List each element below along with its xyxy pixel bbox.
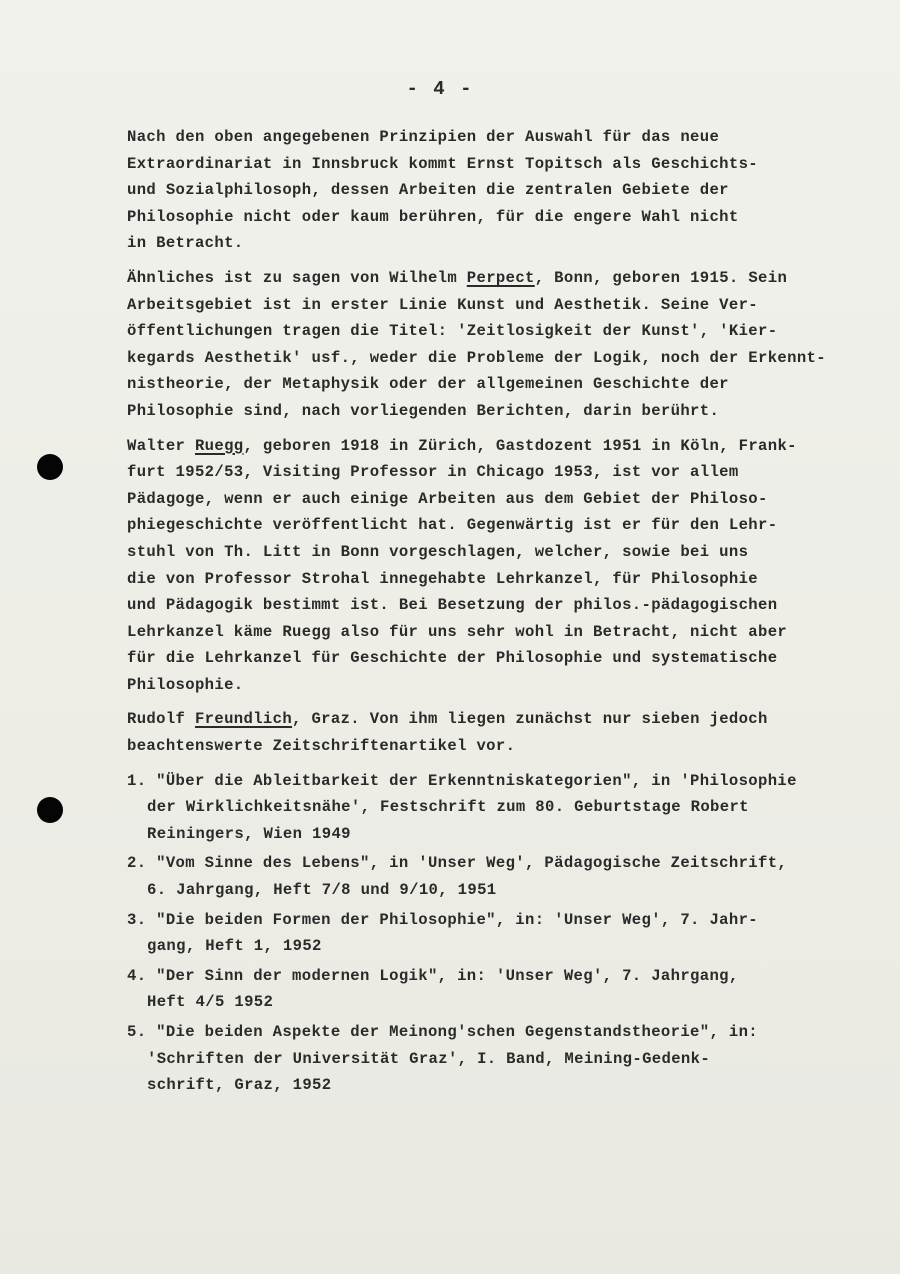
text-line: Philosophie. — [127, 672, 887, 699]
text-line: nistheorie, der Metaphysik oder der allg… — [127, 371, 887, 398]
text-line: beachtenswerte Zeitschriftenartikel vor. — [127, 733, 887, 760]
text-line: Philosophie nicht oder kaum berühren, fü… — [127, 204, 887, 231]
publication-title-line: 2. "Vom Sinne des Lebens", in 'Unser Weg… — [127, 850, 887, 877]
publication-item: 5. "Die beiden Aspekte der Meinong'schen… — [127, 1019, 887, 1099]
text-line: kegards Aesthetik' usf., weder die Probl… — [127, 345, 887, 372]
document-page: - 4 - Nach den oben angegebenen Prinzipi… — [0, 0, 900, 1274]
text-line: Extraordinariat in Innsbruck kommt Ernst… — [127, 151, 887, 178]
publication-title-line: 3. "Die beiden Formen der Philosophie", … — [127, 907, 887, 934]
paragraph: Walter Ruegg, geboren 1918 in Zürich, Ga… — [127, 433, 887, 699]
underlined-name: Perpect — [467, 269, 535, 287]
text-line: Walter Ruegg, geboren 1918 in Zürich, Ga… — [127, 433, 887, 460]
publication-list: 1. "Über die Ableitbarkeit der Erkenntni… — [127, 768, 887, 1099]
publication-detail-line: 'Schriften der Universität Graz', I. Ban… — [127, 1046, 887, 1073]
publication-detail-line: gang, Heft 1, 1952 — [127, 933, 887, 960]
document-body: Nach den oben angegebenen Prinzipien der… — [127, 124, 887, 1102]
text-line: Rudolf Freundlich, Graz. Von ihm liegen … — [127, 706, 887, 733]
text-line: stuhl von Th. Litt in Bonn vorgeschlagen… — [127, 539, 887, 566]
publication-title-line: 4. "Der Sinn der modernen Logik", in: 'U… — [127, 963, 887, 990]
punch-hole-icon — [37, 454, 63, 480]
text-line: und Sozialphilosoph, dessen Arbeiten die… — [127, 177, 887, 204]
publication-title-line: 5. "Die beiden Aspekte der Meinong'schen… — [127, 1019, 887, 1046]
underlined-name: Freundlich — [195, 710, 292, 728]
publication-item: 3. "Die beiden Formen der Philosophie", … — [127, 907, 887, 960]
publication-detail-line: der Wirklichkeitsnähe', Festschrift zum … — [127, 794, 887, 821]
publication-item: 2. "Vom Sinne des Lebens", in 'Unser Weg… — [127, 850, 887, 903]
publication-detail-line: Reiningers, Wien 1949 — [127, 821, 887, 848]
paragraph: Rudolf Freundlich, Graz. Von ihm liegen … — [127, 706, 887, 759]
text-line: Nach den oben angegebenen Prinzipien der… — [127, 124, 887, 151]
text-line: Philosophie sind, nach vorliegenden Beri… — [127, 398, 887, 425]
text-line: und Pädagogik bestimmt ist. Bei Besetzun… — [127, 592, 887, 619]
publication-title-line: 1. "Über die Ableitbarkeit der Erkenntni… — [127, 768, 887, 795]
publication-detail-line: 6. Jahrgang, Heft 7/8 und 9/10, 1951 — [127, 877, 887, 904]
text-line: Ähnliches ist zu sagen von Wilhelm Perpe… — [127, 265, 887, 292]
text-line: die von Professor Strohal innegehabte Le… — [127, 566, 887, 593]
punch-hole-icon — [37, 797, 63, 823]
text-line: für die Lehrkanzel für Geschichte der Ph… — [127, 645, 887, 672]
text-line: Lehrkanzel käme Ruegg also für uns sehr … — [127, 619, 887, 646]
publication-detail-line: schrift, Graz, 1952 — [127, 1072, 887, 1099]
text-line: phiegeschichte veröffentlicht hat. Gegen… — [127, 512, 887, 539]
publication-detail-line: Heft 4/5 1952 — [127, 989, 887, 1016]
text-line: öffentlichungen tragen die Titel: 'Zeitl… — [127, 318, 887, 345]
text-line: Arbeitsgebiet ist in erster Linie Kunst … — [127, 292, 887, 319]
paragraph: Ähnliches ist zu sagen von Wilhelm Perpe… — [127, 265, 887, 425]
text-line: Pädagoge, wenn er auch einige Arbeiten a… — [127, 486, 887, 513]
publication-item: 4. "Der Sinn der modernen Logik", in: 'U… — [127, 963, 887, 1016]
page-number: - 4 - — [0, 78, 880, 100]
underlined-name: Ruegg — [195, 437, 244, 455]
text-line: in Betracht. — [127, 230, 887, 257]
paragraph: Nach den oben angegebenen Prinzipien der… — [127, 124, 887, 257]
text-line: furt 1952/53, Visiting Professor in Chic… — [127, 459, 887, 486]
publication-item: 1. "Über die Ableitbarkeit der Erkenntni… — [127, 768, 887, 848]
paragraphs: Nach den oben angegebenen Prinzipien der… — [127, 124, 887, 760]
